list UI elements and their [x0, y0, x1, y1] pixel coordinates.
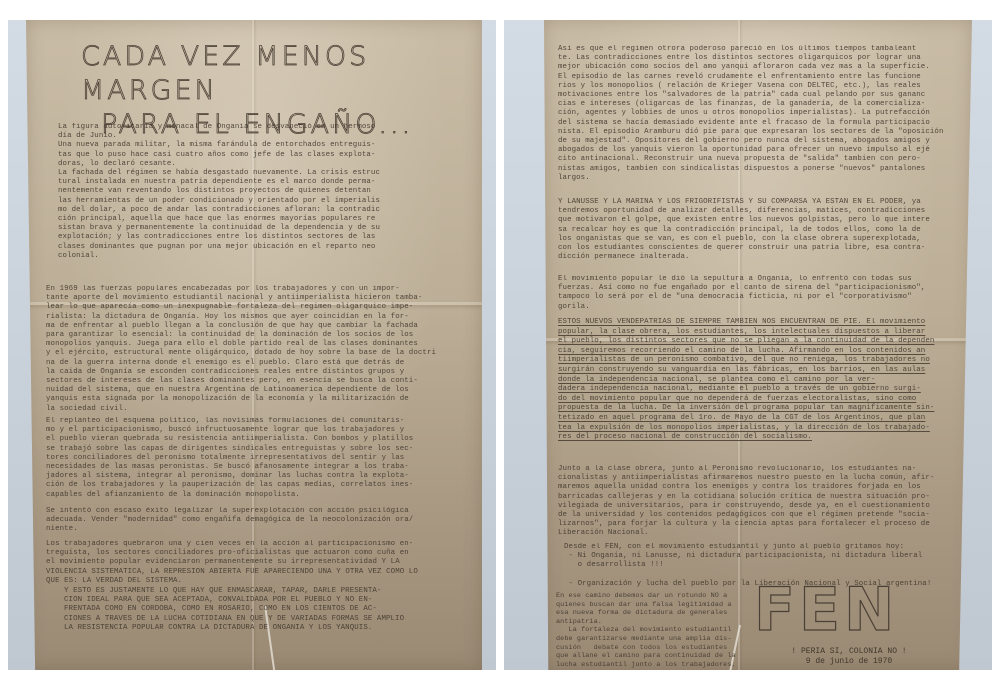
fen-logo: FEN: [754, 580, 898, 640]
paragraph: Así es que el regimen otrora poderoso pa…: [558, 45, 963, 183]
right-page-photo: Así es que el regimen otrora poderoso pa…: [504, 20, 992, 670]
signature-date: 9 de junio de 1970: [754, 657, 944, 667]
left-page-photo: CADA VEZ MENOS MARGEN PARA EL ENGAÑO... …: [8, 20, 496, 670]
paragraph: La figura autoritaria y monacal de Ongan…: [58, 123, 458, 261]
paragraph: El movimiento popular le dió la sepultur…: [558, 275, 963, 312]
paragraph: Y LANUSSE Y LA MARINA Y LOS FRIGORIFISTA…: [558, 198, 963, 262]
paragraph: El replanteo del esquema político, las n…: [46, 417, 466, 500]
signature-motto: ! PERIA SI, COLONIA NO !: [754, 647, 944, 657]
title-line-1: CADA VEZ MENOS MARGEN: [81, 41, 369, 106]
paragraph: Se intentó con escaso éxito legalizar la…: [46, 507, 466, 535]
paragraph: Los trabajadores quebraron una y cien ve…: [46, 540, 466, 586]
paragraph: En 1969 las fuerzas populares encabezada…: [46, 285, 466, 414]
left-paper-sheet: CADA VEZ MENOS MARGEN PARA EL ENGAÑO... …: [26, 20, 482, 670]
right-paper-sheet: Así es que el regimen otrora poderoso pa…: [544, 20, 972, 670]
closing-paragraph: En ese camino debemos dar un rotundo NO …: [556, 592, 746, 669]
paragraph: Junto a la clase obrera, junto al Peroni…: [558, 465, 963, 539]
paragraph-underlined: ESTOS NUEVOS VENDEPATRIAS DE SIEMPRE TAM…: [558, 318, 963, 443]
paragraph-caps: Y ESTO ES JUSTAMENTE LO QUE HAY QUE ENMA…: [64, 587, 464, 633]
